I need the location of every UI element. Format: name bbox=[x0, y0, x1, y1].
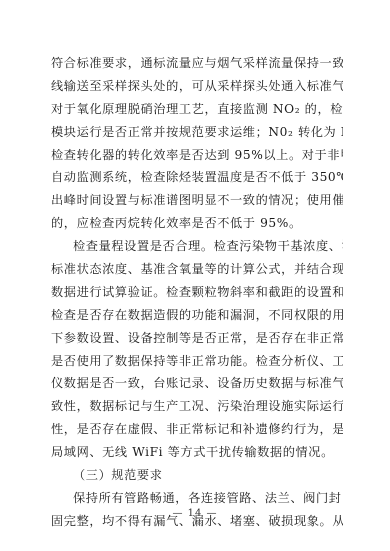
text-line: 标准状态浓度、基准含氧量等的计算公式，并结合现场实际监测 bbox=[51, 258, 343, 281]
page-number: — 14 — bbox=[0, 508, 390, 519]
text-line: 的，应检查丙烷转化效率是否不低于 95%。 bbox=[51, 212, 343, 235]
text-line: 模块运行是否正常并按规范要求运维；N0₂ 转化为 NO 后监测的， bbox=[51, 121, 343, 144]
text-line: 是否使用了数据保持等非正常功能。检查分析仪、工控机和数采 bbox=[51, 350, 343, 373]
text-line: 下参数设置、设备控制等是否正常，是否存在非正常算法调整， bbox=[51, 327, 343, 350]
text-line: 性，是否存在虚假、非正常标记和补遗修约行为，是否存在使用 bbox=[51, 418, 343, 441]
text-line: 对于氧化原理脱硝治理工艺，直接监测 NO₂ 的，检查 NO₂ 分析 bbox=[51, 98, 343, 121]
text-line: 致性，数据标记与生产工况、污染治理设施实际运行状况的逻辑 bbox=[51, 395, 343, 418]
paragraph-start-line: 保持所有管路畅通，各连接管路、法兰、阀门封口垫圈应牢 bbox=[51, 487, 343, 510]
text-line: 线输送至采样探头处的，可从采样探头处通入标准气体进行测试。 bbox=[51, 75, 343, 98]
section-heading: （三）规范要求 bbox=[51, 464, 343, 487]
text-line: 数据进行试算验证。检查颗粒物斜率和截距的设置和修改情况。 bbox=[51, 281, 343, 304]
paragraph-start-line: 检查量程设置是否合理。检查污染物干基浓度、湿基浓度、 bbox=[51, 235, 343, 258]
body-text: 符合标准要求，通标流量应与烟气采样流量保持一致；无预设管 线输送至采样探头处的，… bbox=[51, 52, 343, 533]
text-line: 符合标准要求，通标流量应与烟气采样流量保持一致；无预设管 bbox=[51, 52, 343, 75]
text-line: 检查是否存在数据造假的功能和漏洞，不同权限的用户名和密码 bbox=[51, 304, 343, 327]
text-line: 局域网、无线 WiFi 等方式干扰传输数据的情况。 bbox=[51, 441, 343, 464]
text-line: 检查转化器的转化效率是否达到 95%以上。对于非甲烷总烃废气 bbox=[51, 144, 343, 167]
text-line: 自动监测系统，检查除烃装置温度是否不低于 350℃，是否存在 bbox=[51, 166, 343, 189]
text-line: 出峰时间设置与标准谱图明显不一致的情况；使用催化氧化原理 bbox=[51, 189, 343, 212]
text-line: 仪数据是否一致，台账记录、设备历史数据与标准气体浓度的一 bbox=[51, 372, 343, 395]
document-page: 符合标准要求，通标流量应与烟气采样流量保持一致；无预设管 线输送至采样探头处的，… bbox=[0, 0, 390, 551]
